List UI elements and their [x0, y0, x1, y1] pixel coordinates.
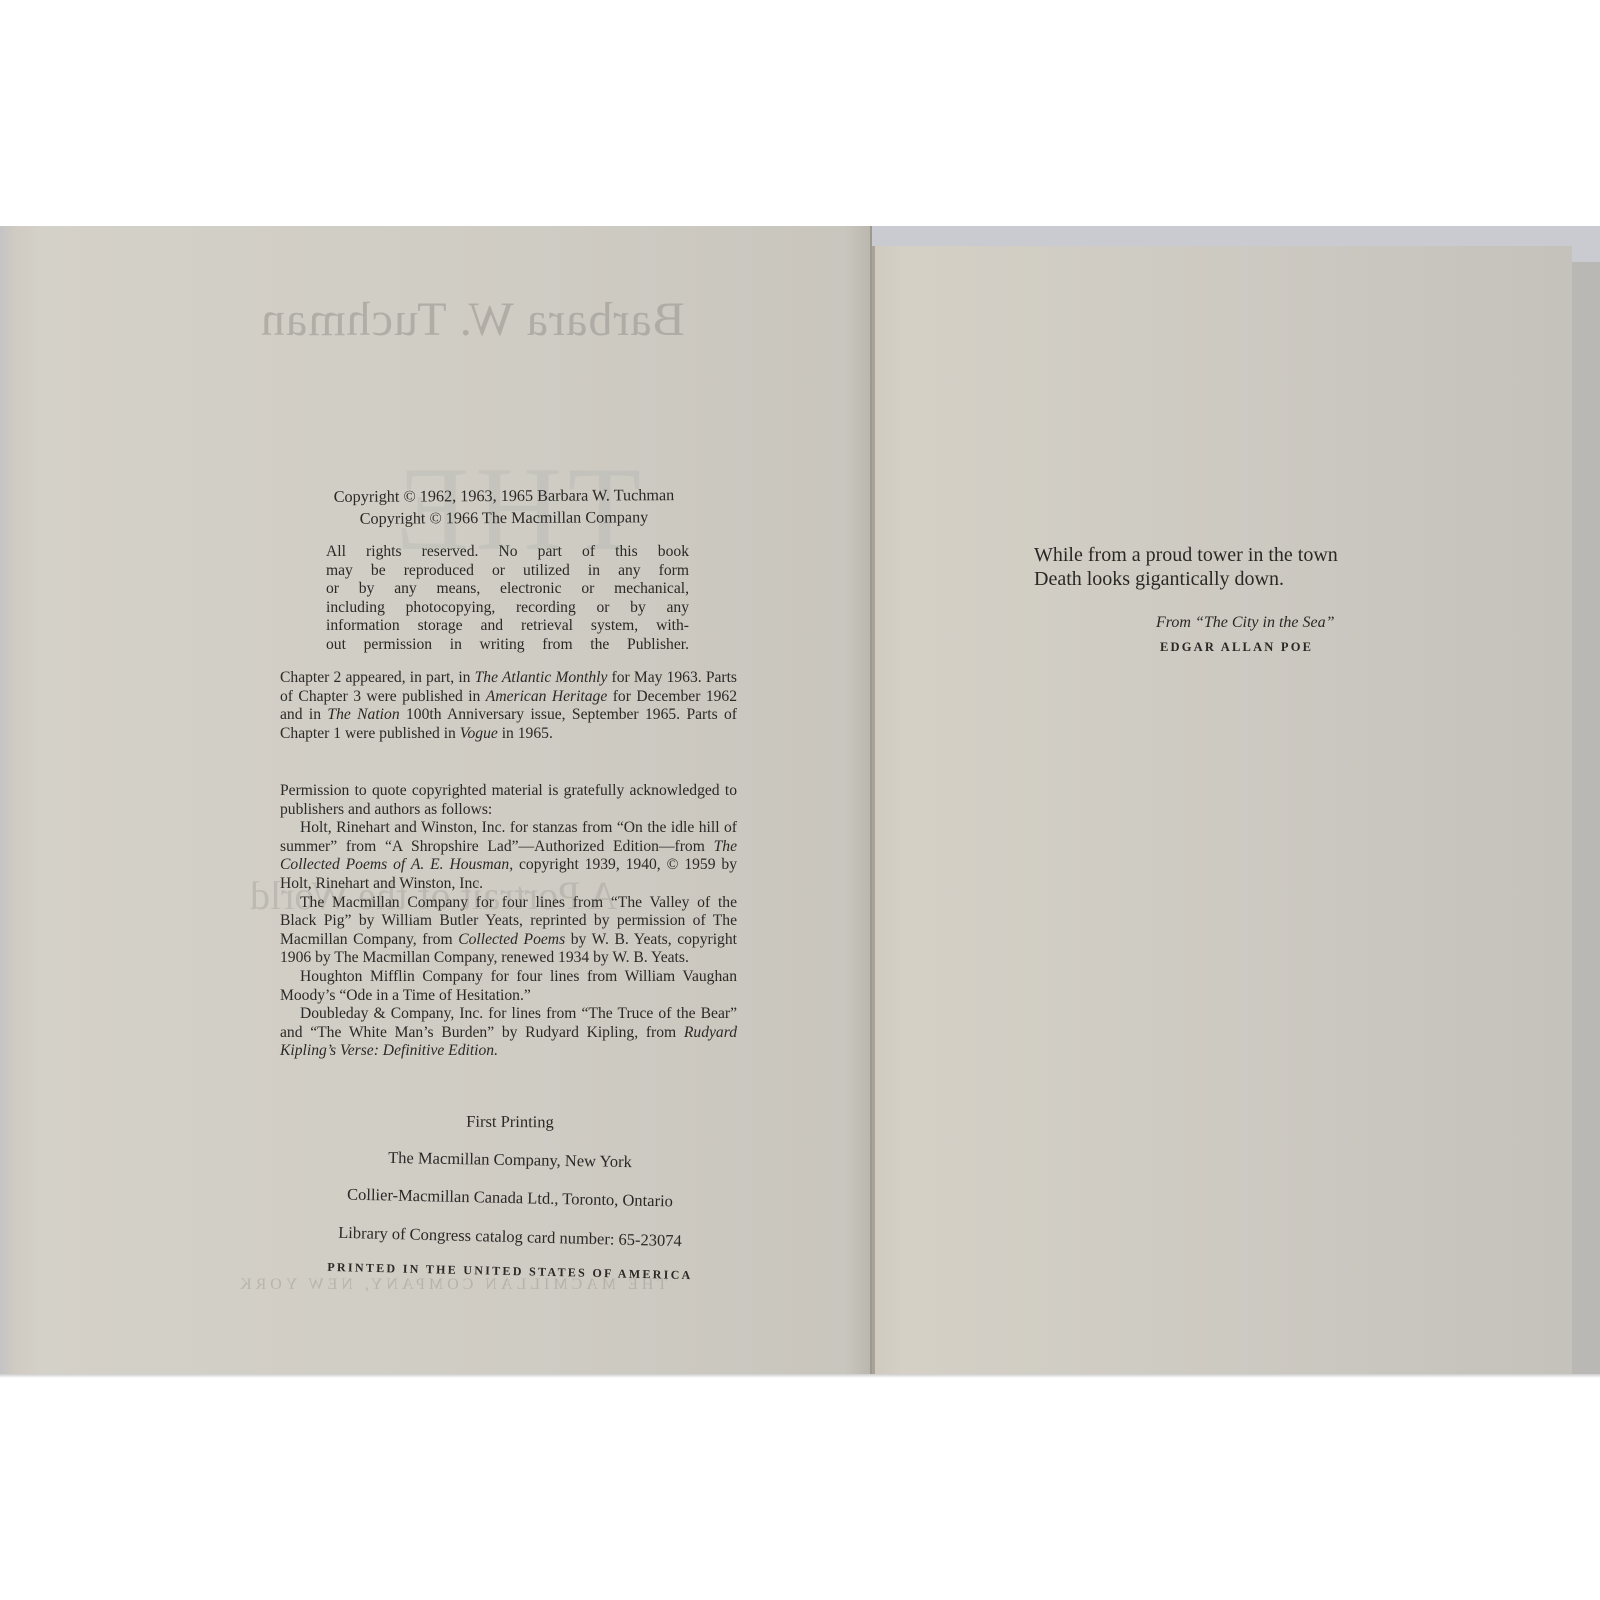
permission-macmillan: The Macmillan Company for four lines fro…	[280, 894, 737, 968]
serial-publication-note: Chapter 2 appeared, in part, in The Atla…	[280, 669, 737, 743]
book-bottom-edge	[0, 1374, 1600, 1378]
permissions-acknowledgment: Permission to quote copyrighted material…	[280, 782, 737, 1061]
epigraph-page	[872, 246, 1572, 1374]
epigraph-line-1: While from a proud tower in the town	[1034, 544, 1338, 567]
show-through-author: Barbara W. Tuchman	[260, 292, 685, 347]
permission-holt: Holt, Rinehart and Winston, Inc. for sta…	[280, 819, 737, 893]
open-book: Barbara W. Tuchman THE A Portrait of the…	[0, 0, 1600, 1600]
copyright-line-publisher: Copyright © 1966 The Macmillan Company	[296, 508, 712, 529]
epigraph-line-2: Death looks gigantically down.	[1034, 568, 1284, 591]
page-edge	[1572, 262, 1600, 1374]
epigraph-source: From “The City in the Sea”	[1156, 614, 1335, 632]
permission-houghton: Houghton Mifflin Company for four lines …	[280, 968, 737, 1005]
first-printing: First Printing	[300, 1112, 720, 1134]
epigraph-author: EDGAR ALLAN POE	[1160, 640, 1313, 655]
permissions-intro: Permission to quote copyrighted material…	[280, 782, 737, 819]
copyright-line-author: Copyright © 1962, 1963, 1965 Barbara W. …	[296, 486, 712, 507]
book-gutter	[870, 226, 872, 1374]
permission-doubleday: Doubleday & Company, Inc. for lines from…	[280, 1005, 737, 1061]
rights-reserved-notice: All rights reserved. No part of this boo…	[326, 543, 689, 655]
